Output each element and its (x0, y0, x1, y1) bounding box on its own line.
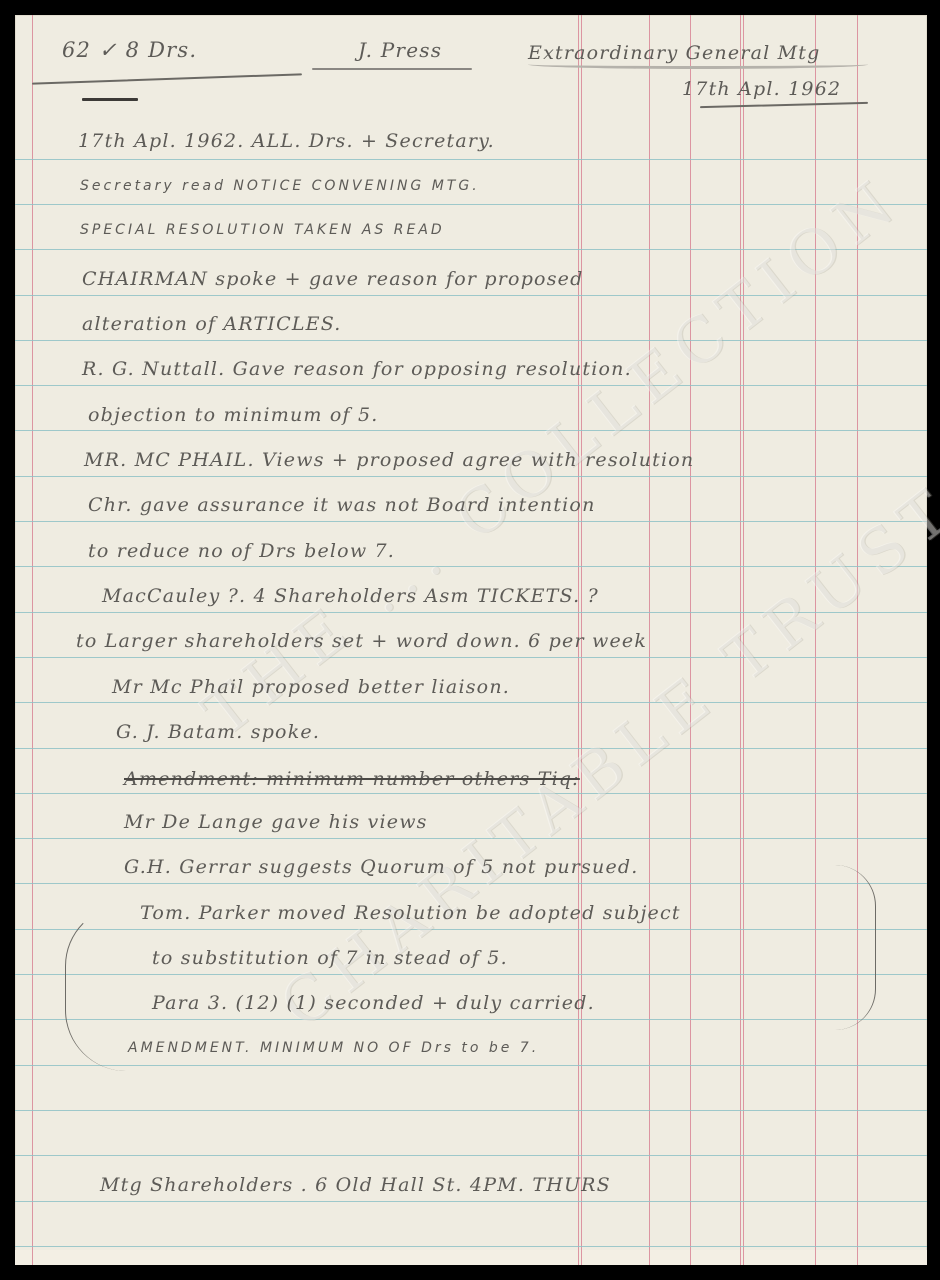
ruled-line (15, 430, 927, 431)
ruled-line (15, 1065, 927, 1066)
ruled-line (15, 702, 927, 703)
ruled-line (15, 883, 927, 884)
ruled-line (15, 793, 927, 794)
minutes-line: objection to minimum of 5. (88, 404, 378, 426)
ruled-line (15, 295, 927, 296)
left-margin-line (32, 15, 33, 1265)
header-center-note: J. Press (358, 38, 442, 62)
column-line (743, 15, 744, 1265)
arrow-dash-mark (82, 98, 138, 101)
ruled-line (15, 159, 927, 160)
minutes-line: MacCauley ?. 4 Shareholders Asm TICKETS.… (102, 585, 599, 607)
minutes-line: R. G. Nuttall. Gave reason for opposing … (82, 358, 632, 380)
ruled-line (15, 929, 927, 930)
ruled-line (15, 521, 927, 522)
minutes-line: CHAIRMAN spoke + gave reason for propose… (82, 268, 583, 290)
right-bracket-mark (835, 865, 876, 1030)
column-line (815, 15, 816, 1265)
column-line (740, 15, 741, 1265)
minutes-line: G.H. Gerrar suggests Quorum of 5 not pur… (124, 856, 639, 878)
minutes-line: G. J. Batam. spoke. (116, 721, 320, 743)
column-line (649, 15, 650, 1265)
column-line (857, 15, 858, 1265)
ruled-line (15, 385, 927, 386)
minutes-line: to reduce no of Drs below 7. (88, 540, 395, 562)
minutes-line: Para 3. (12) (1) seconded + duly carried… (152, 992, 595, 1014)
minutes-line: alteration of ARTICLES. (82, 313, 342, 335)
ruled-line (15, 748, 927, 749)
ruled-line (15, 1246, 927, 1247)
minutes-line: MR. MC PHAIL. Views + proposed agree wit… (84, 449, 694, 471)
minutes-line: Tom. Parker moved Resolution be adopted … (140, 902, 681, 924)
ruled-line (15, 1201, 927, 1202)
title-wavy-underline (528, 60, 868, 69)
ruled-line (15, 340, 927, 341)
ruled-line (15, 1110, 927, 1111)
minutes-line: AMENDMENT. MINIMUM NO OF Drs to be 7. (128, 1040, 539, 1056)
minutes-line: Mr Mc Phail proposed better liaison. (112, 676, 510, 698)
column-line (690, 15, 691, 1265)
minutes-line: Mr De Lange gave his views (124, 811, 428, 833)
ruled-line (15, 249, 927, 250)
header-center-underline (312, 68, 472, 70)
minutes-line: to Larger shareholders set + word down. … (76, 630, 647, 652)
ruled-line (15, 838, 927, 839)
ruled-line (15, 1155, 927, 1156)
minutes-line: to substitution of 7 in stead of 5. (152, 947, 508, 969)
minutes-line: Secretary read NOTICE CONVENING MTG. (80, 178, 480, 194)
ruled-line (15, 612, 927, 613)
minutes-line-struck: Amendment: minimum number others Tiq: (124, 768, 580, 790)
paper-bottom-edge (15, 1250, 927, 1265)
ruled-line (15, 1019, 927, 1020)
minutes-line: Chr. gave assurance it was not Board int… (88, 494, 596, 516)
ruled-line (15, 974, 927, 975)
header-left-note: 62 ✓ 8 Drs. (62, 38, 197, 62)
ruled-line (15, 657, 927, 658)
minutes-line: 17th Apl. 1962. ALL. Drs. + Secretary. (78, 130, 495, 152)
meeting-date: 17th Apl. 1962 (682, 78, 841, 100)
ruled-line (15, 476, 927, 477)
ruled-line (15, 204, 927, 205)
minutes-line: Mtg Shareholders . 6 Old Hall St. 4PM. T… (100, 1174, 611, 1196)
minutes-line: SPECIAL RESOLUTION TAKEN AS READ (80, 222, 445, 238)
ruled-line (15, 566, 927, 567)
